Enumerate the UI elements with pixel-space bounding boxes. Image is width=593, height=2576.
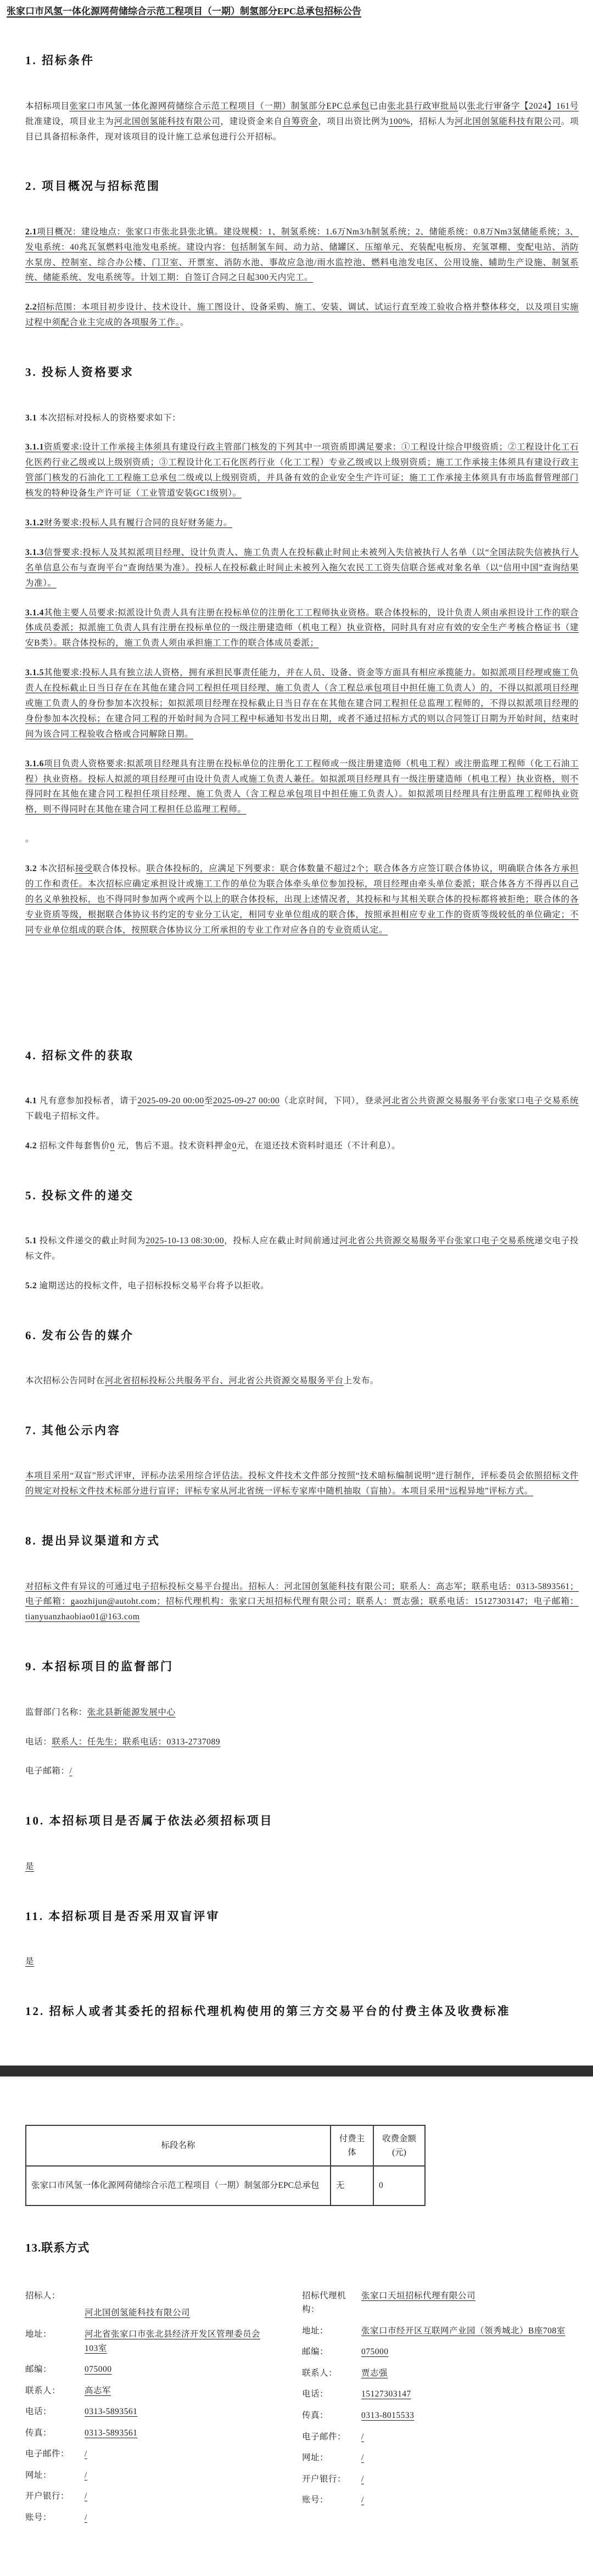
paragraph: 3.1.6项目负责人资格要求:拟派项目经理具有注册在投标单位的注册化工工程师或一… <box>25 756 579 818</box>
paragraph: 5.2 逾期送达的投标文件，电子招标投标交易平台将予以拒收。 <box>25 1278 579 1294</box>
paragraph: 2.1项目概况：建设地点：张家口市张北县张北镇。建设规模：1、制氢系统：1.6万… <box>25 225 579 286</box>
text-segment: 对招标文件有异议的可通过电子招标投标交易平台提出。招标人：河北国创氢能科技有限公… <box>25 1582 579 1622</box>
section-2-heading: 2. 项目概况与招标范围 <box>25 178 579 194</box>
text-segment: 批准建设，项目业主为 <box>25 117 114 126</box>
contact-row: 电话：15127303147 <box>302 2387 579 2401</box>
text-segment: 2.2 <box>25 302 37 312</box>
section-3-bidder-qualifications: 3. 投标人资格要求 3.1 本次招标对投标人的资格要求如下： 3.1.1资质要… <box>25 364 579 938</box>
section-12-platform-fees: 12. 招标人或者其委托的招标代理机构使用的第三方交易平台的付费主体及收费标准 … <box>25 2003 579 2206</box>
text-segment: 其他要求:投标人具有独立法人资格，拥有承担民事责任能力，并在人员、设备、资金等方… <box>25 668 579 739</box>
text-segment: 逾期送达的投标文件，电子招标投标交易平台将予以拒收。 <box>37 1281 269 1290</box>
section-6-heading: 6. 发布公告的媒介 <box>25 1328 579 1344</box>
contact-row: 网址：/ <box>302 2451 579 2465</box>
contact-label: 开户银行： <box>25 2489 85 2504</box>
text-segment: 张北县新能源发展中心 <box>87 1708 176 1717</box>
paragraph: 是 <box>25 1954 579 1969</box>
section-9-supervising-department: 9. 本招标项目的监督部门 监督部门名称：张北县新能源发展中心 电话：联系人：任… <box>25 1659 579 1779</box>
paragraph: 本招标项目张家口市风氢一体化源网荷储综合示范工程项目（一期）制氢部分EPC总承包… <box>25 99 579 145</box>
contact-label: 邮编： <box>25 2362 85 2377</box>
text-segment: 5.1 <box>25 1236 37 1245</box>
contact-value: / <box>85 2447 87 2461</box>
text-segment: 4.1 <box>25 1096 37 1105</box>
text-segment: 本项目采用“双盲”形式评审，评标办法采用综合评估法。投标文件技术文件部分按照“技… <box>25 1471 579 1496</box>
contact-label: 账号： <box>25 2511 85 2525</box>
section-8-heading: 8. 提出异议渠道和方式 <box>25 1533 579 1549</box>
text-segment: 3.1.5 <box>25 668 44 677</box>
fee-table-header-payer: 付费主体 <box>331 2125 373 2166</box>
text-segment: 项目负责人资格要求:拟派项目经理具有注册在投标单位的注册化工工程师或一级注册建造… <box>25 759 579 815</box>
text-segment: 3.1.1 <box>25 442 44 452</box>
text-segment: ，招标人为 <box>410 117 455 126</box>
text-segment: 项目概况：建设地点：张家口市张北县张北镇。建设规模：1、制氢系统：1.6万Nm3… <box>25 227 579 283</box>
contact-row: 电子邮件：/ <box>25 2447 302 2461</box>
section-3-heading: 3. 投标人资格要求 <box>25 364 579 380</box>
contact-row: 地址：张家口市经开区互联网产业园（领秀城北）B座708室 <box>302 2324 579 2338</box>
fee-table-cell-section-name: 张家口市风氢一体化源网荷储综合示范工程项目（一期）制氢部分EPC总承包 <box>26 2166 331 2205</box>
paragraph: 3.1.5其他要求:投标人具有独立法人资格，拥有承担民事责任能力，并在人员、设备… <box>25 665 579 742</box>
text-segment: 。 <box>180 318 189 327</box>
section-9-heading: 9. 本招标项目的监督部门 <box>25 1659 579 1675</box>
contact-label: 开户银行： <box>302 2472 355 2487</box>
contact-label: 联系人： <box>302 2366 355 2381</box>
text-segment: 张北行审备字【2024】161号 <box>467 102 579 111</box>
tenderer-contact-column: 招标人：河北国创氢能科技有限公司地址：河北省张家口市张北县经济开发区管理委员会1… <box>25 2282 302 2532</box>
text-segment: 其他主要人员要求:拟派设计负责人具有注册在投标单位的注册化工工程师执业资格。联合… <box>25 608 579 648</box>
fee-table-cell-payer: 无 <box>331 2166 373 2205</box>
contact-value: 张家口市经开区互联网产业园（领秀城北）B座708室 <box>361 2324 566 2338</box>
contact-row: 电子邮件：/ <box>302 2430 579 2444</box>
section-1-tender-conditions: 1. 招标条件 本招标项目张家口市风氢一体化源网荷储综合示范工程项目（一期）制氢… <box>25 53 579 144</box>
contact-label: 电子邮件： <box>25 2447 85 2461</box>
section-1-heading: 1. 招标条件 <box>25 53 579 69</box>
contact-block: 招标人：河北国创氢能科技有限公司地址：河北省张家口市张北县经济开发区管理委员会1… <box>25 2282 579 2532</box>
text-segment: 招标文件每套售价 <box>37 1141 110 1150</box>
fee-table-header-row: 标段名称 付费主体 收费金额(元) <box>26 2125 425 2166</box>
fee-table-header-amount: 收费金额(元) <box>373 2125 425 2166</box>
section-6-announcement-media: 6. 发布公告的媒介 本次招标公告同时在河北省招标投标公共服务平台、河北省公共资… <box>25 1328 579 1389</box>
text-segment: 河北省公共资源交易服务平台张家口电子交易系统 <box>383 1096 579 1105</box>
text-segment: 2025-09-27 00:00 <box>213 1096 279 1105</box>
contact-row: 地址：河北省张家口市张北县经济开发区管理委员会103室 <box>25 2327 302 2355</box>
contact-value: 15127303147 <box>361 2387 411 2401</box>
paragraph: 是 <box>25 1859 579 1875</box>
text-segment: 张北县行政审批局 <box>387 102 458 111</box>
paragraph: 4.2 招标文件每套售价0 元，售后不退。技术资料押金0元，在退还技术资料时退还… <box>25 1138 579 1154</box>
text-segment: 3.1.2 <box>25 518 44 527</box>
text-segment: 100% <box>389 117 410 126</box>
contact-label: 传真： <box>302 2409 355 2423</box>
text-segment: 5.2 <box>25 1281 37 1290</box>
text-segment: 本次招标公告同时在 <box>25 1376 105 1385</box>
text-segment: 2025-09-20 00:00 <box>138 1096 204 1105</box>
page-title: 张家口市风氢一体化源网荷储综合示范工程项目（一期）制氢部分EPC总承包招标公告 <box>7 4 579 19</box>
text-segment: 至 <box>204 1096 213 1105</box>
contact-value: / <box>85 2489 87 2504</box>
paragraph: 4.1 凡有意参加投标者，请于2025-09-20 00:00至2025-09-… <box>25 1093 579 1124</box>
text-segment: 2.1 <box>25 227 37 237</box>
text-segment: / <box>70 1766 72 1776</box>
text-segment: 本招标项目 <box>25 102 70 111</box>
paragraph: 2.2招标范围：本项目初步设计、技术设计、施工图设计、设备采购、施工、安装、调试… <box>25 300 579 330</box>
contact-value: / <box>361 2451 364 2465</box>
text-segment: 河北国创氢能科技有限公司 <box>455 117 561 126</box>
section-8-objection-channels: 8. 提出异议渠道和方式 对招标文件有异议的可通过电子招标投标交易平台提出。招标… <box>25 1533 579 1625</box>
contact-value: 贾志强 <box>361 2366 388 2381</box>
contact-row: 联系人：高志军 <box>25 2384 302 2398</box>
fee-table: 标段名称 付费主体 收费金额(元) 张家口市风氢一体化源网荷储综合示范工程项目（… <box>25 2125 426 2206</box>
section-7-heading: 7. 其他公示内容 <box>25 1423 579 1439</box>
text-segment: 信誉要求:投标人及其拟派项目经理、设计负责人、施工负责人在投标截止时间止未被列入… <box>25 548 579 588</box>
contact-row: 开户银行：/ <box>302 2472 579 2487</box>
text-segment: 是 <box>25 1862 34 1871</box>
text-segment: 4.2 <box>25 1141 37 1150</box>
text-segment: 3.1.3 <box>25 548 44 557</box>
contact-row: 电话：0313-5893561 <box>25 2405 302 2419</box>
text-segment: 投标文件递交的截止时间为 <box>37 1236 146 1245</box>
paragraph: 3.1.2财务要求:投标人具有履行合同的良好财务能力。 <box>25 515 579 531</box>
contact-label: 招标代理机构： <box>302 2289 355 2317</box>
contact-label: 联系人： <box>25 2384 85 2398</box>
contact-value: / <box>361 2472 364 2487</box>
paragraph: 监督部门名称：张北县新能源发展中心 <box>25 1705 579 1720</box>
section-10-heading: 10. 本招标项目是否属于依法必须招标项目 <box>25 1813 579 1829</box>
contact-label: 电话： <box>302 2387 355 2401</box>
contact-label: 网址： <box>25 2468 85 2483</box>
text-segment: 下载电子招标文件。 <box>25 1112 105 1121</box>
paragraph: 对招标文件有异议的可通过电子招标投标交易平台提出。招标人：河北国创氢能科技有限公… <box>25 1579 579 1625</box>
contact-label: 传真： <box>25 2426 85 2440</box>
contact-value: 075000 <box>361 2345 389 2359</box>
text-segment: （北京时间，下同），登录 <box>279 1096 382 1105</box>
contact-label: 电话： <box>25 2405 85 2419</box>
text-segment: 上发布。 <box>344 1376 379 1385</box>
text-segment: 张家口市风氢一体化源网荷储综合示范工程项目（一期）制氢部分EPC总承包 <box>70 102 370 111</box>
contact-value: 高志军 <box>85 2384 111 2398</box>
section-5-heading: 5. 投标文件的递交 <box>25 1188 579 1204</box>
paragraph: 3.2 本次招标接受联合体投标。联合体投标的，应满足下列要求：联合体数量不超过2… <box>25 861 579 938</box>
contact-label: 邮编： <box>302 2345 355 2359</box>
text-segment: ，投标人应在截止时间前通过 <box>224 1236 339 1245</box>
contact-label: 账号： <box>302 2493 355 2507</box>
text-segment: 3.2 <box>25 864 37 873</box>
contact-label: 地址： <box>302 2324 355 2338</box>
section-12-heading: 12. 招标人或者其委托的招标代理机构使用的第三方交易平台的付费主体及收费标准 <box>25 2003 579 2019</box>
contact-value: 0313-5893561 <box>85 2426 137 2440</box>
contact-row: 账号：/ <box>25 2511 302 2525</box>
contact-label: 招标人： <box>25 2289 85 2303</box>
text-segment: ，建设资金来自 <box>220 117 282 126</box>
tender-announcement-document: 张家口市风氢一体化源网荷储综合示范工程项目（一期）制氢部分EPC总承包招标公告 … <box>0 0 593 2576</box>
paragraph: 3.1.4其他主要人员要求:拟派设计负责人具有注册在投标单位的注册化工工程师执业… <box>25 605 579 652</box>
text-segment: 已由 <box>370 102 387 111</box>
text-segment: 财务要求:投标人具有履行合同的良好财务能力。 <box>44 518 232 527</box>
table-row: 张家口市风氢一体化源网荷储综合示范工程项目（一期）制氢部分EPC总承包 无 0 <box>26 2166 425 2205</box>
paragraph: 5.1 投标文件递交的截止时间为2025-10-13 08:30:00，投标人应… <box>25 1233 579 1264</box>
paragraph: 3.1.3信誉要求:投标人及其拟派项目经理、设计负责人、施工负责人在投标截止时间… <box>25 545 579 591</box>
text-segment: 自筹资金 <box>283 117 318 126</box>
contact-row: 传真：0313-8015533 <box>302 2409 579 2423</box>
text-segment: 联系人：任先生；联系电话：0313-2737089 <box>52 1737 220 1747</box>
contact-row: 邮编：075000 <box>25 2362 302 2377</box>
contact-value: / <box>85 2511 87 2525</box>
text-segment: 2025-10-13 08:30:00 <box>146 1236 224 1245</box>
text-segment: 河北省公共资源交易服务平台张家口电子交易系统 <box>339 1236 534 1245</box>
text-segment: 凡有意参加投标者，请于 <box>37 1096 137 1105</box>
section-5-bid-submission: 5. 投标文件的递交 5.1 投标文件递交的截止时间为2025-10-13 08… <box>25 1188 579 1294</box>
text-segment: 3.1.6 <box>25 759 44 768</box>
text-segment: 元，售后不退。技术资料押金 <box>115 1141 232 1150</box>
contact-row: 账号：/ <box>302 2493 579 2507</box>
contact-value: / <box>361 2493 364 2507</box>
contact-value: 河北国创氢能科技有限公司 <box>85 2306 190 2320</box>
contact-value: / <box>85 2468 87 2483</box>
text-segment: 资质要求:设计工作承接主体须具有建设行政主管部门核发的下列其中一项资质即满足要求… <box>25 442 579 498</box>
text-segment: 招标范围：本项目初步设计、技术设计、施工图设计、设备采购、施工、安装、调试、试运… <box>25 302 579 327</box>
text-segment: 0 <box>110 1141 114 1150</box>
contact-value: 0313-8015533 <box>361 2409 414 2423</box>
contact-row: 联系人：贾志强 <box>302 2366 579 2381</box>
text-segment: 0 <box>232 1141 237 1150</box>
section-2-project-overview: 2. 项目概况与招标范围 2.1项目概况：建设地点：张家口市张北县张北镇。建设规… <box>25 178 579 330</box>
contact-value: 张家口天垣招标代理有限公司 <box>361 2289 475 2303</box>
section-13-heading: 13.联系方式 <box>25 2240 579 2256</box>
contact-value: 河北省张家口市张北县经济开发区管理委员会103室 <box>85 2327 266 2355</box>
text-segment: 河北省招标投标公共服务平台、河北省公共资源交易服务平台 <box>105 1376 344 1385</box>
paragraph: 电话：联系人：任先生；联系电话：0313-2737089 <box>25 1735 579 1750</box>
contact-label: 地址： <box>25 2327 85 2342</box>
text-segment: 。 <box>25 834 34 844</box>
section-4-obtaining-documents: 4. 招标文件的获取 4.1 凡有意参加投标者，请于2025-09-20 00:… <box>25 1048 579 1154</box>
section-10-mandatory-tender: 10. 本招标项目是否属于依法必须招标项目 是 <box>25 1813 579 1874</box>
contact-value: / <box>361 2430 364 2444</box>
contact-value: 075000 <box>85 2362 112 2377</box>
section-11-double-blind-review: 11. 本招标项目是否采用双盲评审 是 <box>25 1909 579 1969</box>
text-segment: 本次招标对投标人的资格要求如下： <box>37 413 181 423</box>
paragraph: 电子邮箱：/ <box>25 1764 579 1779</box>
contact-row: 邮编：075000 <box>302 2345 579 2359</box>
text-segment: 以 <box>458 102 467 111</box>
text-segment: 联合体投标。 <box>93 864 146 873</box>
contact-row: 传真：0313-5893561 <box>25 2426 302 2440</box>
text-segment: 电话： <box>25 1737 52 1747</box>
paragraph: 本项目采用“双盲”形式评审，评标办法采用综合评估法。投标文件技术文件部分按照“技… <box>25 1468 579 1499</box>
text-segment: 接受 <box>75 864 93 873</box>
contact-row: 招标代理机构：张家口天垣招标代理有限公司 <box>302 2289 579 2317</box>
text-segment: 元，在退还技术资料时退还（不计利息）。 <box>237 1141 400 1150</box>
fee-table-header-section-name: 标段名称 <box>26 2125 331 2166</box>
section-7-other-public-content: 7. 其他公示内容 本项目采用“双盲”形式评审，评标办法采用综合评估法。投标文件… <box>25 1423 579 1499</box>
section-11-heading: 11. 本招标项目是否采用双盲评审 <box>25 1909 579 1924</box>
text-segment: 联合体投标的，应满足下列要求：联合体数量不超过2个；联合体各方应签订联合体协议，… <box>25 864 579 935</box>
divider-bar <box>0 2066 593 2076</box>
paragraph: 3.1 本次招标对投标人的资格要求如下： <box>25 411 579 426</box>
agency-contact-column: 招标代理机构：张家口天垣招标代理有限公司地址：张家口市经开区互联网产业园（领秀城… <box>302 2282 579 2532</box>
text-segment: 河北国创氢能科技有限公司 <box>114 117 221 126</box>
contact-row: 招标人：河北国创氢能科技有限公司 <box>25 2289 302 2320</box>
contact-label: 电子邮件： <box>302 2430 355 2444</box>
contact-row: 网址：/ <box>25 2468 302 2483</box>
fee-table-cell-amount: 0 <box>373 2166 425 2205</box>
contact-value: 0313-5893561 <box>85 2405 137 2419</box>
paragraph: 3.1.1资质要求:设计工作承接主体须具有建设行政主管部门核发的下列其中一项资质… <box>25 440 579 501</box>
paragraph: 。 <box>25 832 579 847</box>
contact-label: 网址： <box>302 2451 355 2465</box>
text-segment: 监督部门名称： <box>25 1708 87 1717</box>
paragraph: 本次招标公告同时在河北省招标投标公共服务平台、河北省公共资源交易服务平台上发布。 <box>25 1373 579 1389</box>
contact-row: 开户银行：/ <box>25 2489 302 2504</box>
section-4-heading: 4. 招标文件的获取 <box>25 1048 579 1064</box>
text-segment: 电子邮箱： <box>25 1766 70 1776</box>
text-segment: 本次招标 <box>37 864 75 873</box>
section-13-contact-info: 13.联系方式 招标人：河北国创氢能科技有限公司地址：河北省张家口市张北县经济开… <box>25 2240 579 2532</box>
text-segment: ，项目出资比例为 <box>318 117 389 126</box>
text-segment: 3.1.4 <box>25 608 44 618</box>
text-segment: 是 <box>25 1957 34 1966</box>
text-segment: 3.1 <box>25 413 37 423</box>
